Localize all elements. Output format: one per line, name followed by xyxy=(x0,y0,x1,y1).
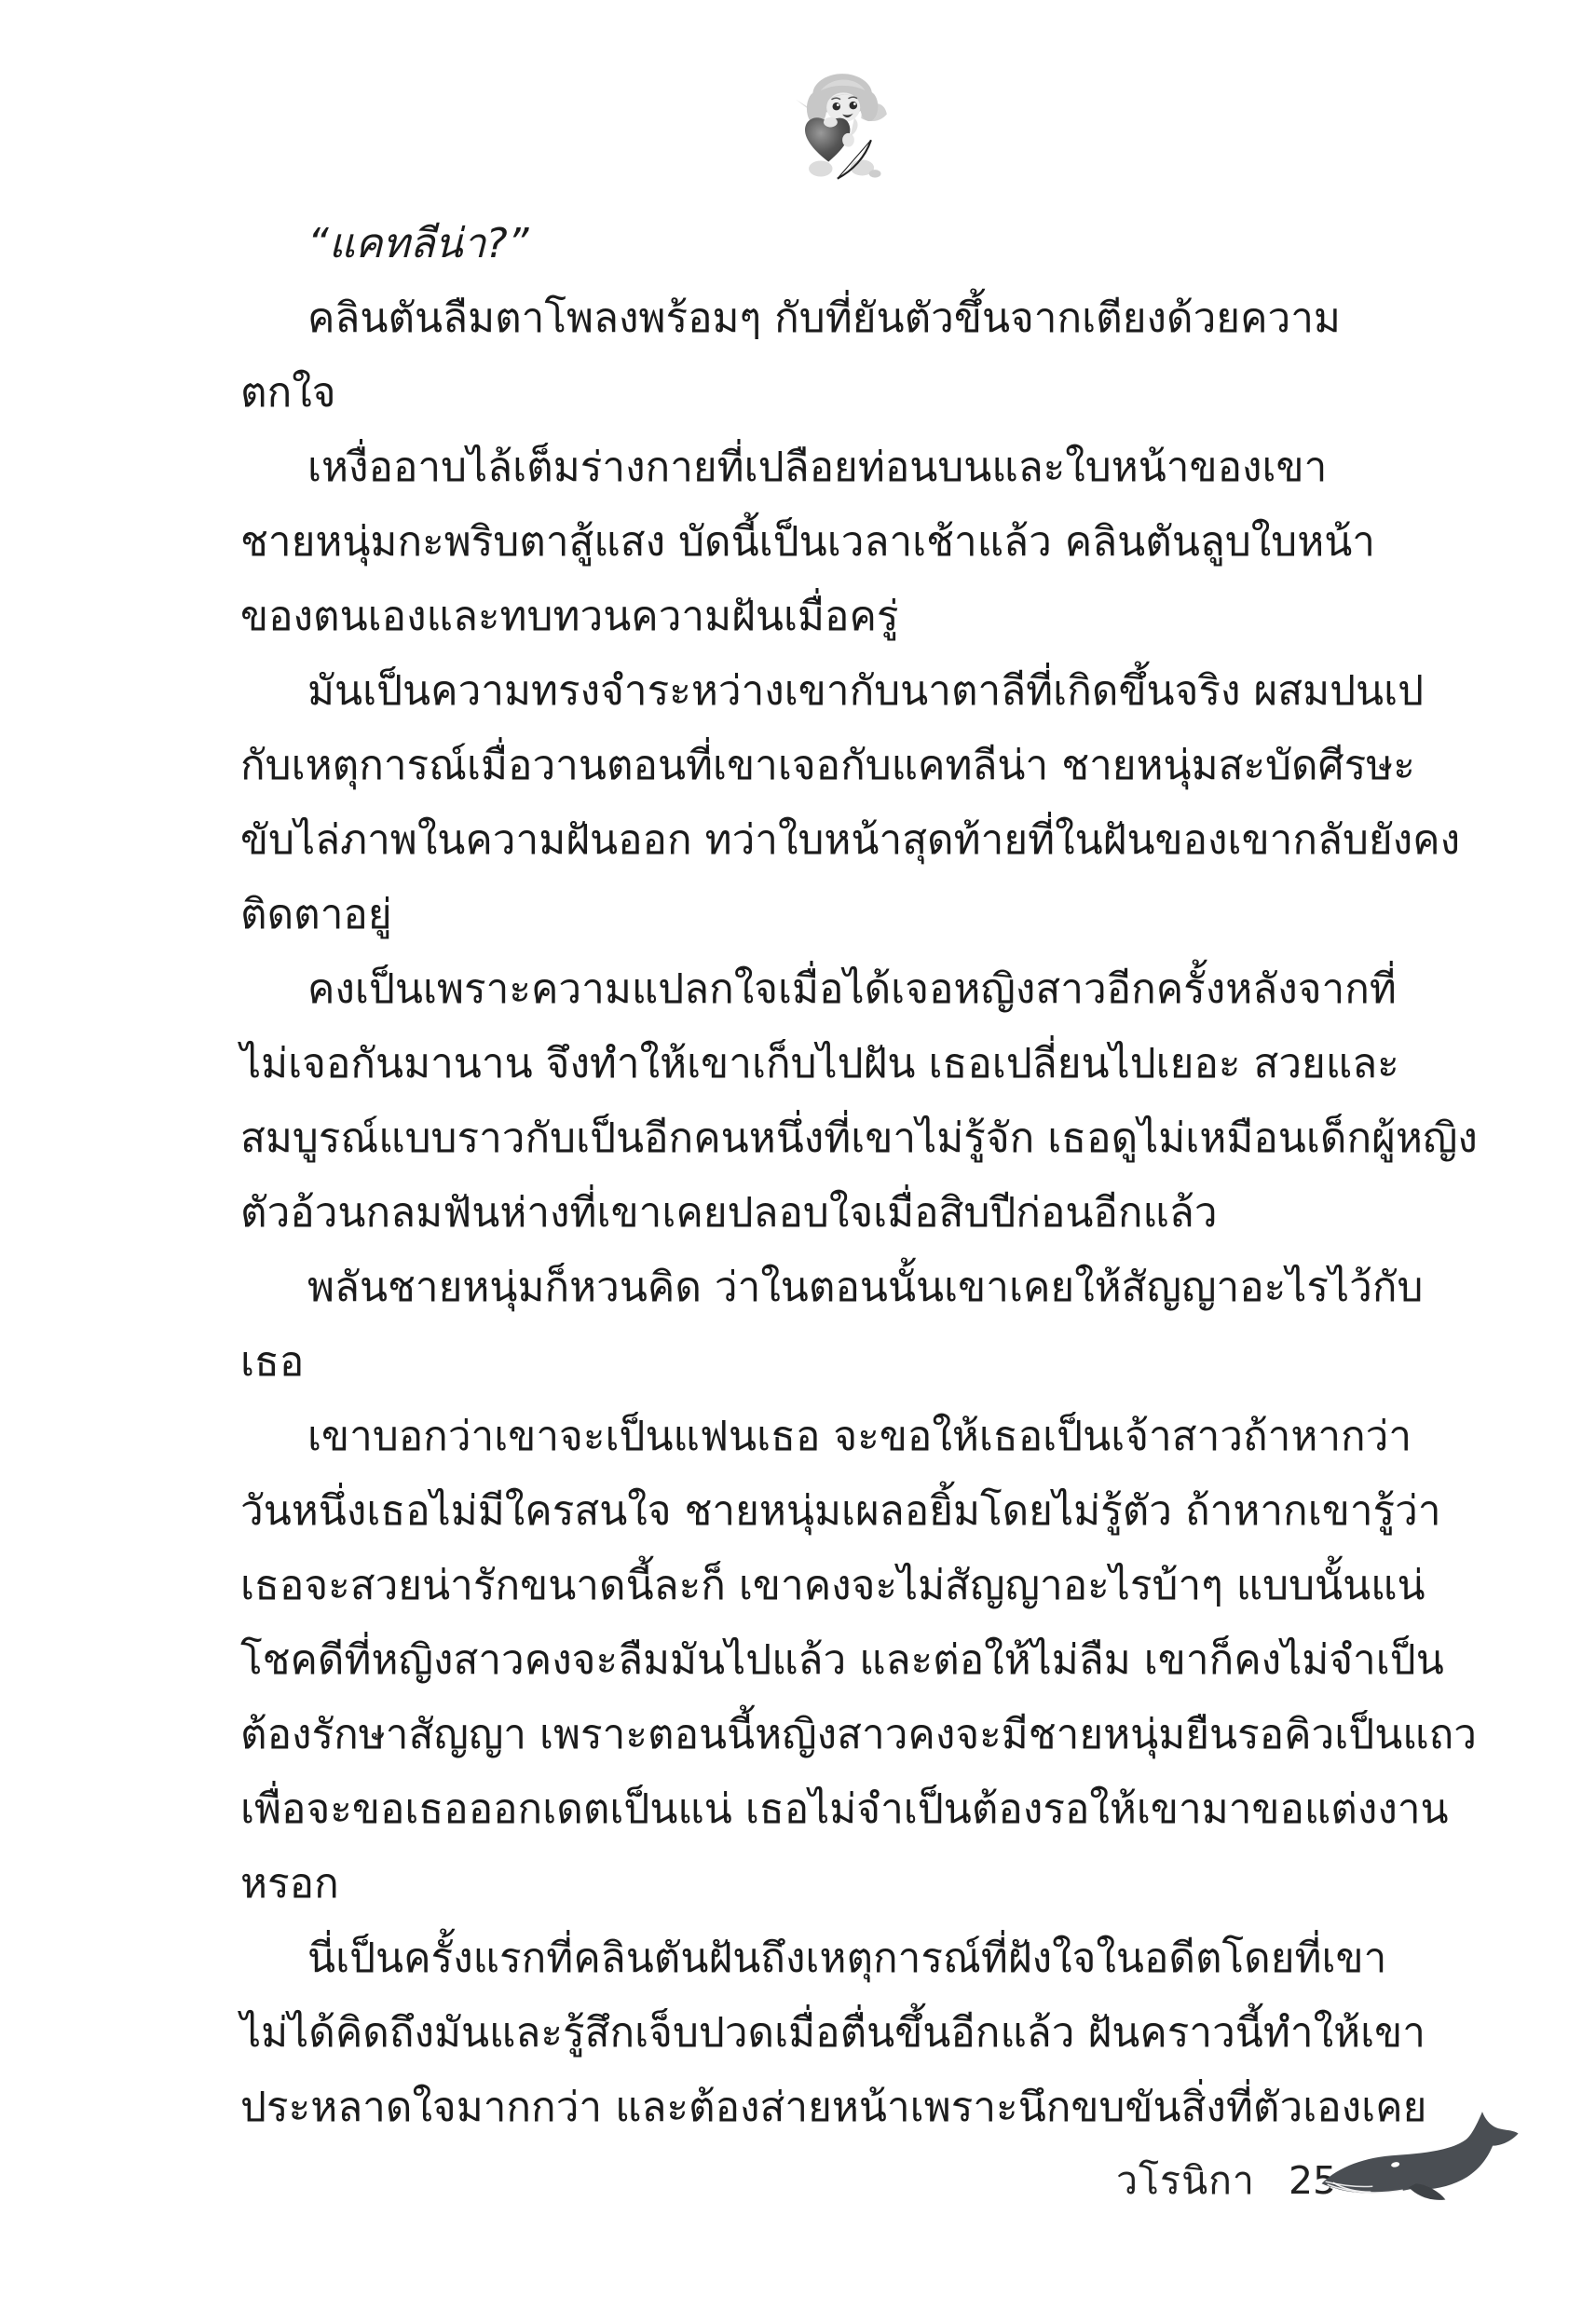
text-line: นี่เป็นครั้งแรกที่คลินตันฝันถึงเหตุการณ์… xyxy=(240,1921,1431,1996)
text-line: เหงื่ออาบไล้เต็มร่างกายที่เปลือยท่อนบนแล… xyxy=(240,431,1431,505)
text-line: เขาบอกว่าเขาจะเป็นแฟนเธอ จะขอให้เธอเป็นเ… xyxy=(240,1400,1431,1474)
text-line: ติดตาอยู่ xyxy=(240,878,1431,952)
text-line: พลันชายหนุ่มก็หวนคิด ว่าในตอนนั้นเขาเคยใ… xyxy=(240,1251,1431,1325)
page-footer: วโรนิกา 25 xyxy=(1116,2151,1337,2211)
text-line: คลินตันลืมตาโพลงพร้อมๆ กับที่ยันตัวขึ้นจ… xyxy=(240,281,1431,356)
paragraph: พลันชายหนุ่มก็หวนคิด ว่าในตอนนั้นเขาเคยใ… xyxy=(240,1251,1431,1400)
text-line: สมบูรณ์แบบราวกับเป็นอีกคนหนึ่งที่เขาไม่ร… xyxy=(240,1101,1431,1176)
text-line: ตกใจ xyxy=(240,356,1431,431)
text-line: เพื่อจะขอเธอออกเดตเป็นแน่ เธอไม่จำเป็นต้… xyxy=(240,1772,1431,1847)
text-line: ตัวอ้วนกลมฟันห่างที่เขาเคยปลอบใจเมื่อสิบ… xyxy=(240,1176,1431,1251)
footer-author-label: วโรนิกา xyxy=(1116,2151,1255,2211)
text-line: ชายหนุ่มกะพริบตาสู้แสง บัดนี้เป็นเวลาเช้… xyxy=(240,505,1431,580)
book-page: “แคทลีน่า?”คลินตันลืมตาโพลงพร้อมๆ กับที่… xyxy=(0,0,1596,2311)
text-line: วันหนึ่งเธอไม่มีใครสนใจ ชายหนุ่มเผลอยิ้ม… xyxy=(240,1474,1431,1549)
text-line: เธอ xyxy=(240,1325,1431,1400)
text-line: “แคทลีน่า?” xyxy=(240,207,1431,281)
whale-icon xyxy=(1312,2104,1524,2236)
page-text: “แคทลีน่า?”คลินตันลืมตาโพลงพร้อมๆ กับที่… xyxy=(240,207,1431,2145)
paragraph: เขาบอกว่าเขาจะเป็นแฟนเธอ จะขอให้เธอเป็นเ… xyxy=(240,1400,1431,1921)
text-line: ของตนเองและทบทวนความฝันเมื่อครู่ xyxy=(240,580,1431,654)
text-line: เธอจะสวยน่ารักขนาดนี้ละก็ เขาคงจะไม่สัญญ… xyxy=(240,1549,1431,1623)
text-line: โชคดีที่หญิงสาวคงจะลืมมันไปแล้ว และต่อให… xyxy=(240,1623,1431,1698)
paragraph: มันเป็นความทรงจำระหว่างเขากับนาตาลีที่เก… xyxy=(240,654,1431,952)
paragraph: เหงื่ออาบไล้เต็มร่างกายที่เปลือยท่อนบนแล… xyxy=(240,431,1431,654)
paragraph: “แคทลีน่า?” xyxy=(240,207,1431,281)
cupid-heart-icon xyxy=(790,71,891,185)
paragraph: นี่เป็นครั้งแรกที่คลินตันฝันถึงเหตุการณ์… xyxy=(240,1921,1431,2145)
text-line: กับเหตุการณ์เมื่อวานตอนที่เขาเจอกับแคทลี… xyxy=(240,729,1431,803)
text-line: ต้องรักษาสัญญา เพราะตอนนี้หญิงสาวคงจะมีช… xyxy=(240,1698,1431,1772)
text-line: ประหลาดใจมากกว่า และต้องส่ายหน้าเพราะนึก… xyxy=(240,2071,1431,2145)
text-line: หรอก xyxy=(240,1847,1431,1921)
text-line: คงเป็นเพราะความแปลกใจเมื่อได้เจอหญิงสาวอ… xyxy=(240,952,1431,1027)
text-line: ไม่ได้คิดถึงมันและรู้สึกเจ็บปวดเมื่อตื่น… xyxy=(240,1996,1431,2071)
paragraph: คงเป็นเพราะความแปลกใจเมื่อได้เจอหญิงสาวอ… xyxy=(240,952,1431,1251)
paragraph: คลินตันลืมตาโพลงพร้อมๆ กับที่ยันตัวขึ้นจ… xyxy=(240,281,1431,431)
text-line: ไม่เจอกันมานาน จึงทำให้เขาเก็บไปฝัน เธอเ… xyxy=(240,1027,1431,1101)
text-line: ขับไล่ภาพในความฝันออก ทว่าใบหน้าสุดท้ายท… xyxy=(240,803,1431,878)
text-line: มันเป็นความทรงจำระหว่างเขากับนาตาลีที่เก… xyxy=(240,654,1431,729)
